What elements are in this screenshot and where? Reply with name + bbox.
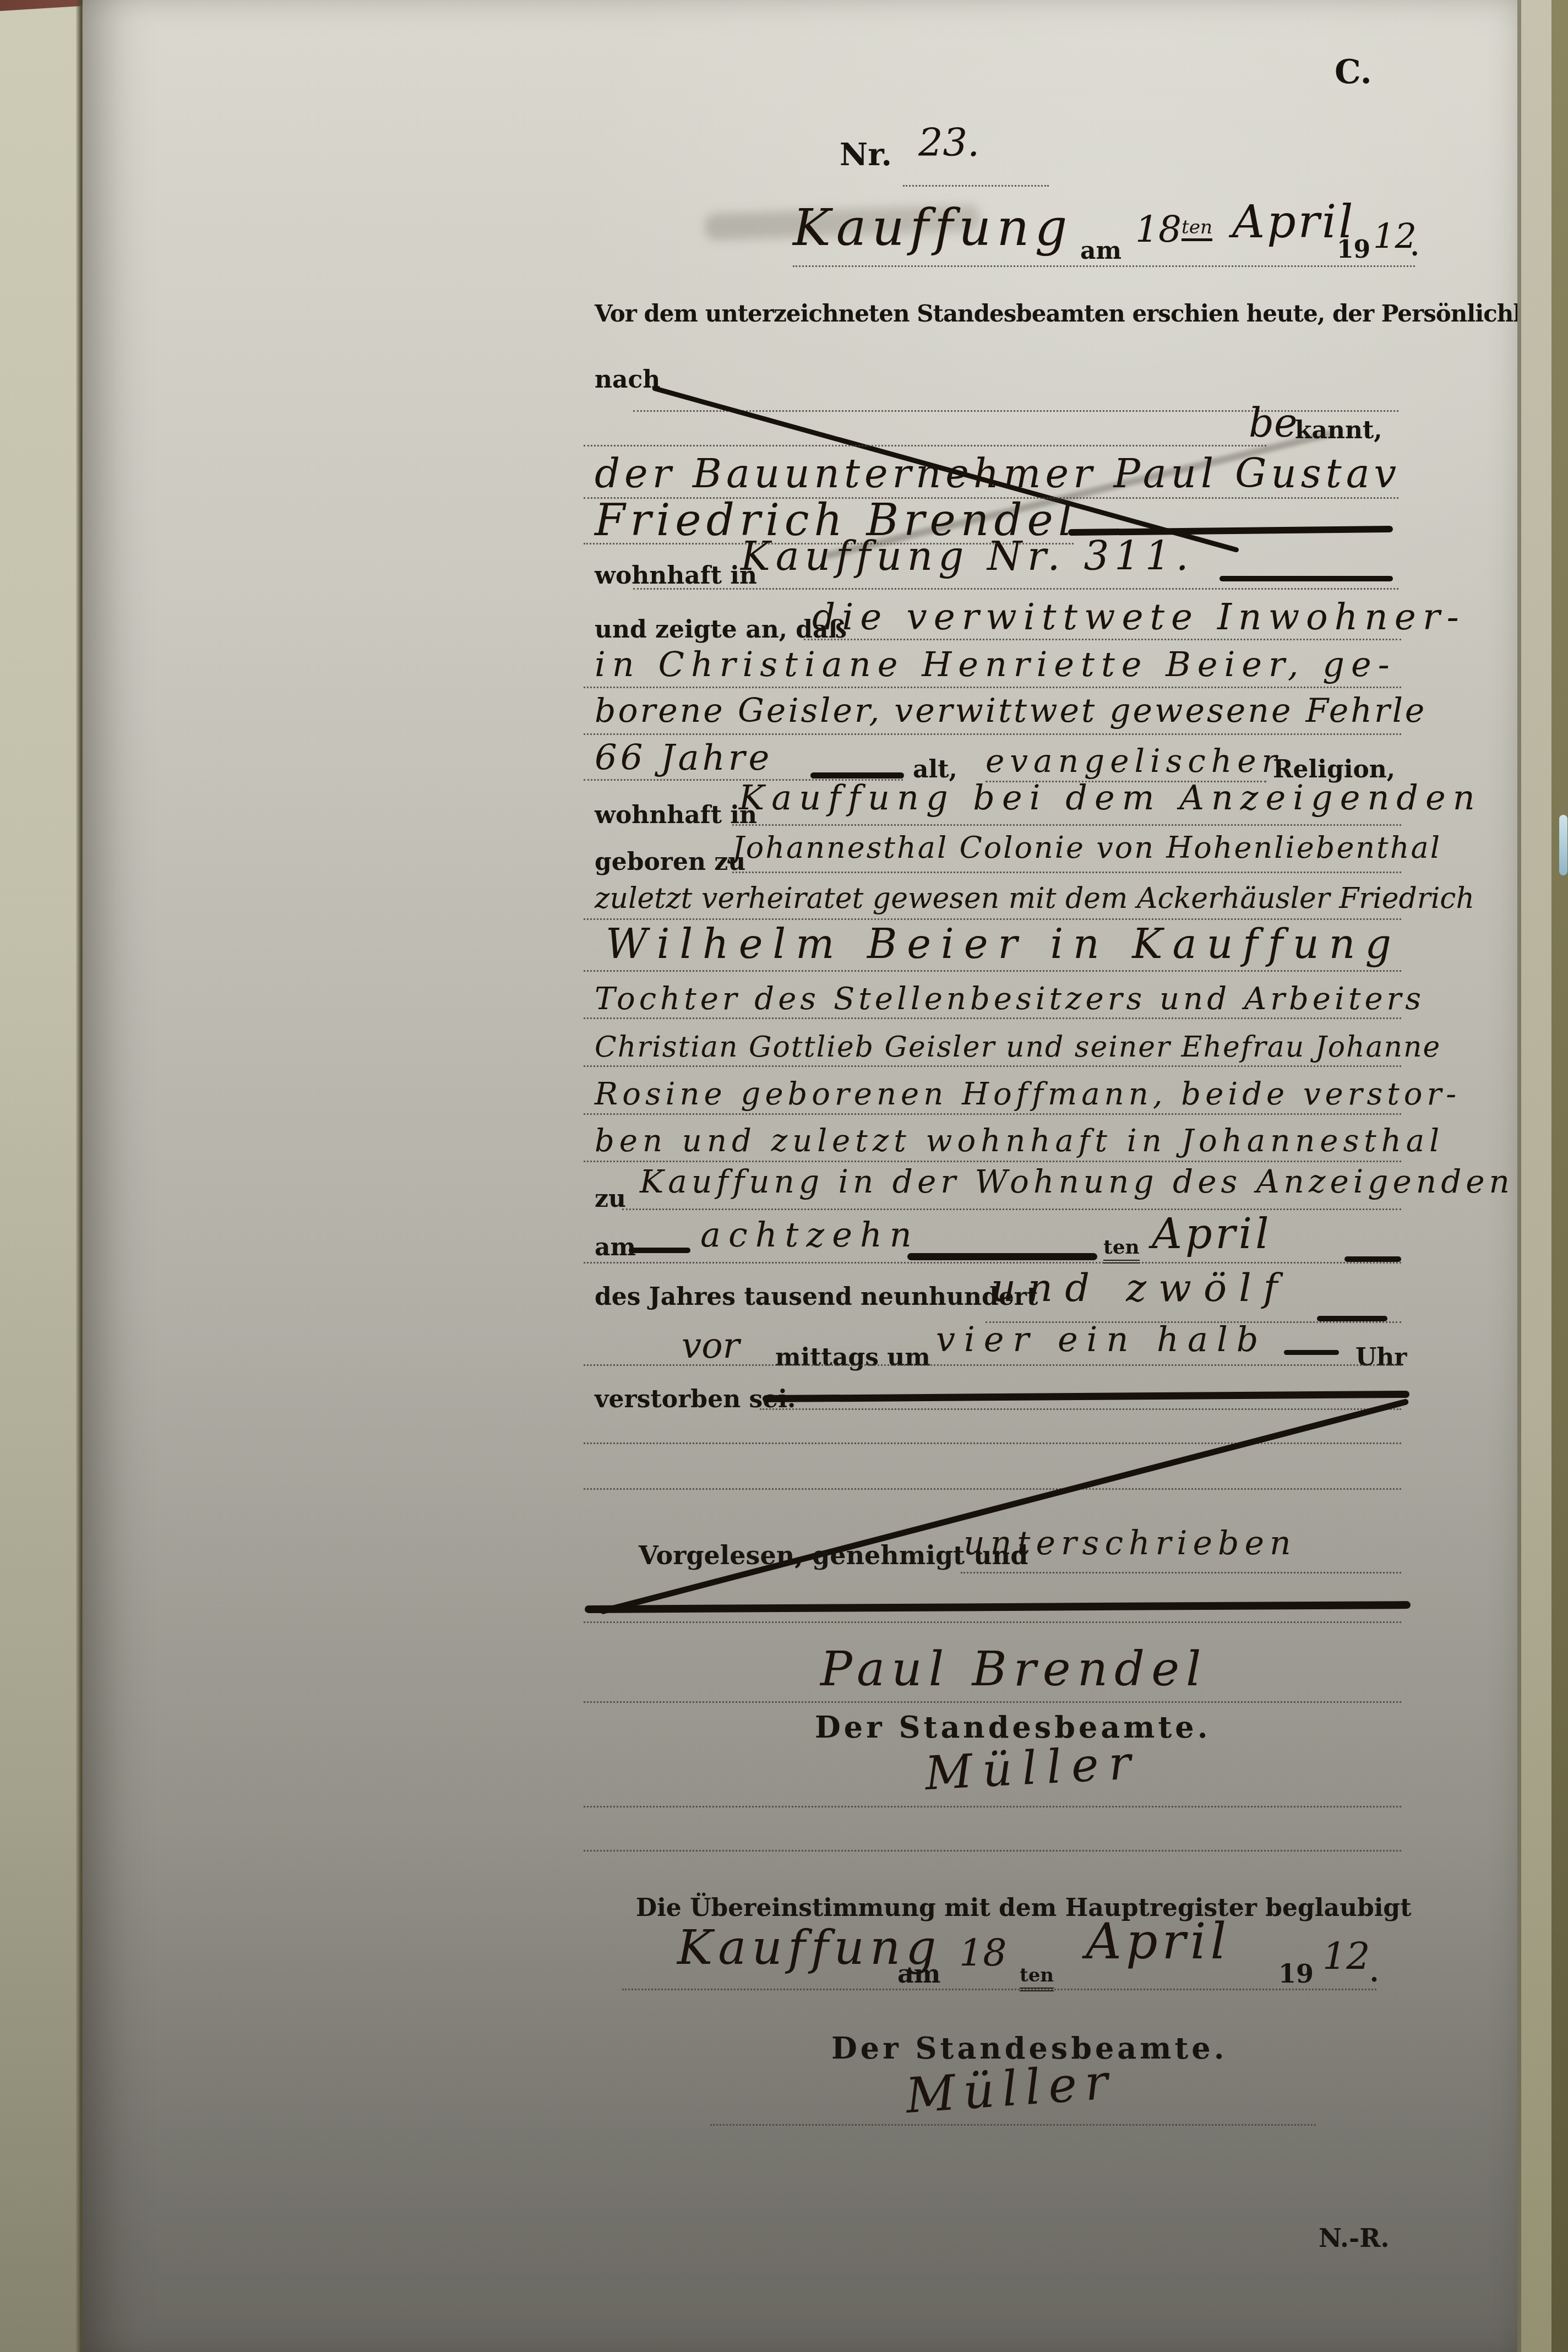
registrar-signature-1: Müller	[924, 1735, 1142, 1800]
death-day-value: achtzehn	[700, 1215, 919, 1255]
ten-label: ten	[1103, 1235, 1140, 1264]
dotted-rule	[584, 1621, 1401, 1623]
record-number-label: Nr.	[840, 137, 892, 173]
parents-line2: Christian Gottlieb Geisler und seiner Eh…	[595, 1031, 1441, 1064]
bekannt-hw: be	[1249, 400, 1298, 446]
record-number-value: 23.	[918, 120, 979, 165]
geboren-zu: geboren zu	[595, 848, 745, 876]
dotted-rule	[903, 185, 1049, 187]
form-intro-text: Vor dem unterzeichneten Standesbeamten e…	[595, 300, 1561, 327]
ink-fill-line	[629, 1248, 690, 1253]
bekannt-print: kannt,	[1295, 416, 1382, 444]
closing-hw: unterschrieben	[963, 1524, 1297, 1562]
nebenregister-mark: N.-R.	[1319, 2223, 1389, 2253]
dotted-rule	[760, 1408, 1401, 1410]
vor-value: vor	[682, 1326, 739, 1366]
dotted-rule	[584, 687, 1401, 688]
form-nach: nach	[595, 366, 660, 394]
dotted-rule	[584, 1806, 1401, 1807]
dotted-rule	[710, 2124, 1316, 2126]
residence-value: Kauffung Nr. 311.	[741, 533, 1194, 579]
dateline-day: 18ten	[1135, 208, 1212, 251]
cert-day: 18	[959, 1931, 1007, 1975]
register-book-photo: C. Nr. 23. Kauffung am 18ten April 19 12…	[0, 0, 1568, 2352]
cert-am: am	[897, 1959, 940, 1989]
dotted-rule	[793, 265, 1415, 267]
deceased-line3: borene Geisler, verwittwet gewesene Fehr…	[595, 692, 1427, 730]
page-corner-letter: C.	[1335, 53, 1372, 91]
age-value: 66 Jahre	[595, 738, 772, 778]
dotted-rule	[584, 1850, 1401, 1852]
dotted-rule	[584, 1262, 1401, 1264]
am-label: am	[595, 1233, 636, 1261]
marriage-line1: zuletzt verheiratet gewesen mit dem Acke…	[595, 882, 1474, 915]
marriage-line2: Wilhelm Beier in Kauffung	[606, 921, 1401, 968]
dotted-rule	[584, 918, 1401, 920]
facing-page	[0, 0, 83, 2352]
certification-line: Die Übereinstimmung mit dem Hauptregiste…	[636, 1894, 1411, 1922]
dateline-year-print: 19	[1337, 236, 1370, 264]
dotted-rule	[584, 1488, 1401, 1490]
dotted-rule	[804, 639, 1401, 640]
year-words-value: und zwölf	[991, 1265, 1289, 1310]
dotted-rule	[622, 1989, 1376, 1990]
deceased-line2: in Christiane Henriette Beier, ge-	[595, 644, 1396, 684]
underlying-page-edge	[1521, 0, 1551, 2352]
dotted-rule	[584, 733, 1401, 735]
zu-label: zu	[595, 1185, 626, 1213]
ink-fill-line	[1344, 1256, 1401, 1262]
declarant-line1: der Bauunternehmer Paul Gustav	[595, 450, 1401, 497]
dotted-rule	[584, 1065, 1401, 1067]
parents-line3: Rosine geborenen Hoffmann, beide verstor…	[595, 1076, 1461, 1112]
dotted-rule	[584, 1113, 1401, 1115]
dotted-rule	[584, 445, 1266, 447]
dotted-rule	[961, 1572, 1401, 1574]
parents-line1: Tochter des Stellenbesitzers und Arbeite…	[595, 981, 1425, 1017]
ink-fill-line	[1284, 1350, 1339, 1355]
dotted-rule	[622, 1208, 1401, 1210]
wohnhaft-in-1: wohnhaft in	[595, 562, 757, 590]
deceased-line1: die verwittwete Inwohner-	[812, 596, 1466, 638]
ink-fill-line	[1317, 1316, 1387, 1321]
registrar-title-1: Der Standesbeamte.	[815, 1709, 1211, 1745]
dateline-am: am	[1080, 237, 1121, 265]
dotted-rule	[584, 970, 1401, 972]
dateline-day-suffix: ten	[1182, 216, 1212, 241]
book-block-edge	[1551, 0, 1568, 2352]
cert-month: April	[1086, 1913, 1231, 1970]
pen-clip-sliver	[1559, 815, 1567, 875]
dotted-rule	[732, 872, 1401, 873]
ink-fill-line	[907, 1253, 1097, 1260]
religion-value: evangelischer	[986, 742, 1282, 780]
dateline-period: .	[1411, 233, 1419, 262]
cert-period: .	[1370, 1958, 1379, 1988]
mittags-um: mittags um	[775, 1343, 930, 1371]
dotted-rule	[584, 1701, 1401, 1703]
death-place-value: Kauffung in der Wohnung des Anzeigenden	[640, 1163, 1514, 1200]
dotted-rule	[633, 588, 1398, 590]
residence2-value: Kauffung bei dem Anzeigenden	[739, 777, 1482, 818]
parents-line4: ben und zuletzt wohnhaft in Johannesthal	[595, 1123, 1444, 1159]
dateline-place: Kauffung	[793, 198, 1072, 257]
dotted-rule	[584, 1442, 1401, 1444]
dotted-rule	[584, 1161, 1401, 1162]
declarant-signature: Paul Brendel	[820, 1642, 1208, 1697]
year-sentence: des Jahres tausend neunhundert	[595, 1283, 1038, 1311]
ink-fill-line	[1219, 576, 1393, 581]
time-value: vier ein halb	[936, 1319, 1267, 1359]
cert-ten: ten	[1020, 1964, 1054, 1991]
dotted-rule	[584, 1364, 1401, 1366]
cert-year-print: 19	[1278, 1959, 1314, 1989]
dotted-rule	[584, 1017, 1401, 1019]
birthplace-value: Johannesthal Colonie von Hohenliebenthal	[732, 830, 1441, 865]
dotted-rule	[732, 824, 1401, 826]
uhr-label: Uhr	[1355, 1343, 1407, 1371]
cert-year-hw: 12	[1322, 1935, 1370, 1978]
death-month-value: April	[1152, 1209, 1272, 1258]
page-right-edge-line	[1517, 0, 1521, 2352]
